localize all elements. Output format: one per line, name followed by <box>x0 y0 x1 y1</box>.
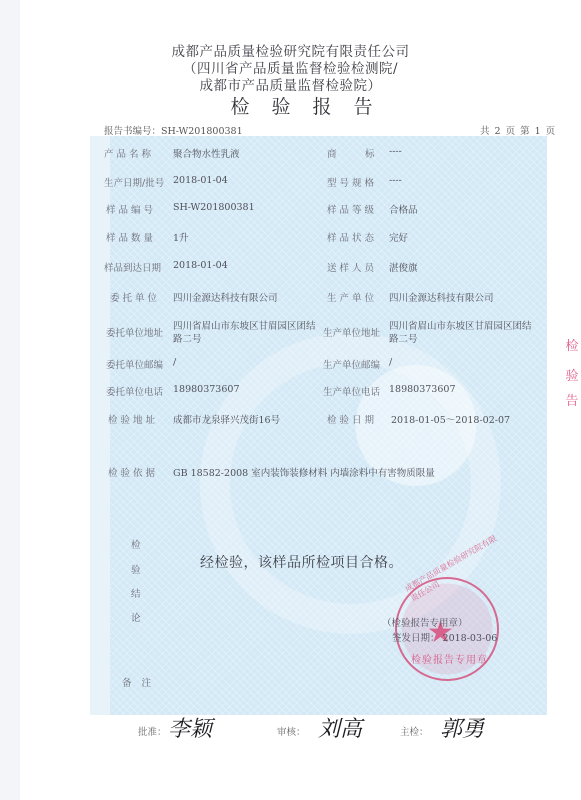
manufacturer-postcode-value: / <box>389 357 392 368</box>
client-postcode-value: / <box>173 357 176 368</box>
conclusion-text: 经检验，该样品所检项目合格。 <box>200 552 403 572</box>
sample-qty-label: 样 品 数 量 <box>106 230 153 244</box>
report-number: 报告书编号：SH-W201800381 <box>104 123 243 137</box>
client-value: 四川金源达科技有限公司 <box>173 290 278 304</box>
product-name-label: 产 品 名 称 <box>104 146 151 160</box>
seal-note: （检验报告专用章） <box>382 615 468 629</box>
sample-grade-label: 样 品 等 级 <box>327 202 374 216</box>
sender-value: 湛俊旗 <box>389 260 418 274</box>
client-address-label: 委托单位地址 <box>106 325 163 339</box>
approve-label: 批准： <box>138 724 167 738</box>
client-phone-label: 委托单位电话 <box>106 384 163 398</box>
trademark-value: ---- <box>389 146 402 157</box>
sample-qty-value: 1升 <box>173 230 189 244</box>
review-label: 审核： <box>277 724 306 738</box>
manufacturer-address-value: 四川省眉山市东坡区甘眉园区团结路二号 <box>389 320 539 346</box>
edge-seal-char: 验 <box>563 365 581 384</box>
manufacturer-phone-value: 18980373607 <box>389 384 456 395</box>
manufacturer-phone-label: 生产单位电话 <box>323 384 380 398</box>
conclusion-label-char: 结 <box>131 586 141 600</box>
inspection-date-label: 检 验 日 期 <box>327 412 374 426</box>
conclusion-label-char: 论 <box>131 610 141 624</box>
model-spec-label: 型 号 规 格 <box>327 175 374 189</box>
arrival-date-label: 样品到达日期 <box>104 260 161 274</box>
inspection-basis-value: GB 18582-2008 室内装饰装修材料 内墙涂料中有害物质限量 <box>173 465 435 479</box>
product-name-value: 聚合物水性乳液 <box>173 146 240 160</box>
manufacturer-address-label: 生产单位地址 <box>323 325 380 339</box>
manufacturer-postcode-label: 生产单位邮编 <box>323 357 380 371</box>
sample-no-label: 样 品 编 号 <box>106 202 153 216</box>
approve-signature: 李颖 <box>168 712 212 743</box>
inspection-address-value: 成都市龙泉驿兴茂街16号 <box>173 412 280 426</box>
sample-state-value: 完好 <box>389 230 408 244</box>
inspection-basis-label: 检 验 依 据 <box>108 465 155 479</box>
arrival-date-value: 2018-01-04 <box>173 260 228 271</box>
manufacturer-value: 四川金源达科技有限公司 <box>389 290 494 304</box>
inspector-label: 主检： <box>400 724 429 738</box>
inspection-address-label: 检 验 地 址 <box>108 412 155 426</box>
sample-state-label: 样 品 状 态 <box>327 230 374 244</box>
sample-no-value: SH-W201800381 <box>173 202 255 213</box>
manufacturer-label: 生 产 单 位 <box>327 290 374 304</box>
conclusion-label-char: 验 <box>131 562 141 576</box>
issue-date: 签发日期： 2018-03-06 <box>392 630 497 644</box>
conclusion-label-char: 检 <box>131 537 141 551</box>
edge-seal-char: 告 <box>563 390 581 409</box>
trademark-label: 商 标 <box>327 146 375 160</box>
client-phone-value: 18980373607 <box>173 384 240 395</box>
client-label: 委 托 单 位 <box>110 290 157 304</box>
sample-grade-value: 合格品 <box>389 202 418 216</box>
document-title: 检验报告 <box>0 92 581 119</box>
client-address-value: 四川省眉山市东坡区甘眉园区团结路二号 <box>173 320 323 346</box>
edge-seal-char: 检 <box>563 335 581 354</box>
page-info: 共 2 页 第 1 页 <box>480 123 555 137</box>
client-postcode-label: 委托单位邮编 <box>106 357 163 371</box>
page-left-margin <box>0 0 20 800</box>
inspection-date-value: 2018-01-05～2018-02-07 <box>391 412 510 426</box>
seal-text: 检验报告专用章 <box>411 651 488 666</box>
sheet-label-band <box>90 136 110 715</box>
review-signature: 刘高 <box>318 712 362 743</box>
model-spec-value: ---- <box>389 175 402 186</box>
sender-label: 送 样 人 员 <box>327 260 374 274</box>
official-seal: 成都产品质量检验研究院有限责任公司 ★ 检验报告专用章 <box>395 577 499 681</box>
remark-label: 备注 <box>122 675 161 689</box>
org-name-line3: 成都市产品质量监督检验院） <box>0 74 581 94</box>
production-date-label: 生产日期/批号 <box>104 175 164 189</box>
inspector-signature: 郭勇 <box>440 712 484 743</box>
production-date-value: 2018-01-04 <box>173 175 228 186</box>
